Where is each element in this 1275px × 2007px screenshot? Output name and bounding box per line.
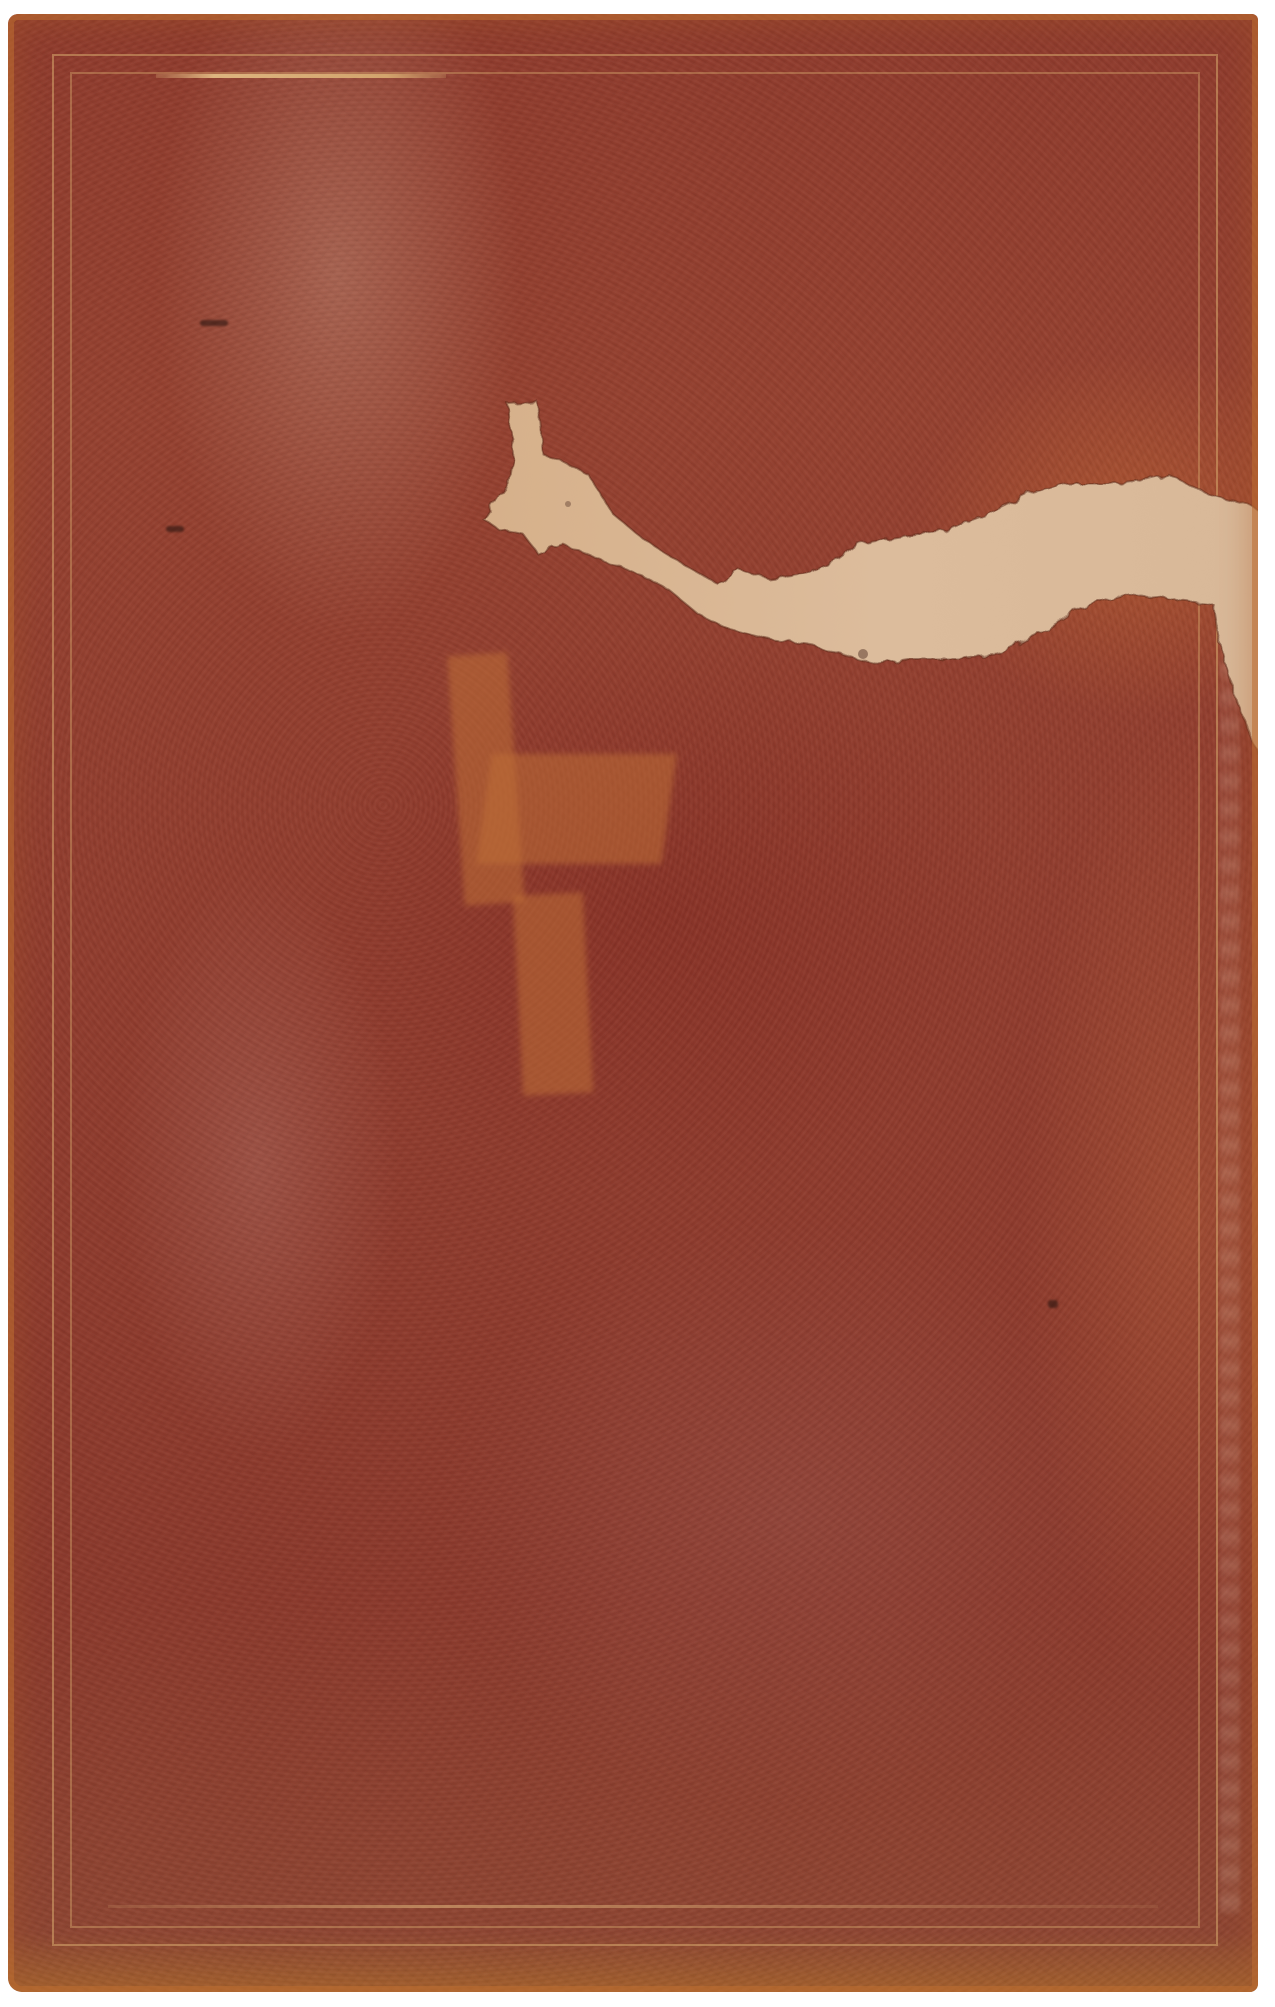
scuff-mark [166, 526, 184, 532]
inner-fillet-border [70, 72, 1200, 1928]
scuff-mark [1048, 1300, 1058, 1308]
abrasion-stain [447, 652, 524, 906]
edge-gloss [1220, 614, 1240, 1914]
outer-fillet-border [52, 54, 1218, 1946]
abrasion-stain [513, 892, 593, 1095]
worn-edge-shading [8, 14, 1258, 1992]
gilt-rule-top [156, 74, 446, 78]
abrasion-stain [476, 754, 676, 864]
scuff-mark [200, 320, 228, 326]
book-cover [8, 14, 1258, 1992]
leather-grain-texture [8, 14, 1258, 1992]
gilt-rule-bottom [108, 1905, 1158, 1908]
torn-leather-exposed-board [468, 384, 1258, 764]
photo-stage [0, 0, 1275, 2007]
